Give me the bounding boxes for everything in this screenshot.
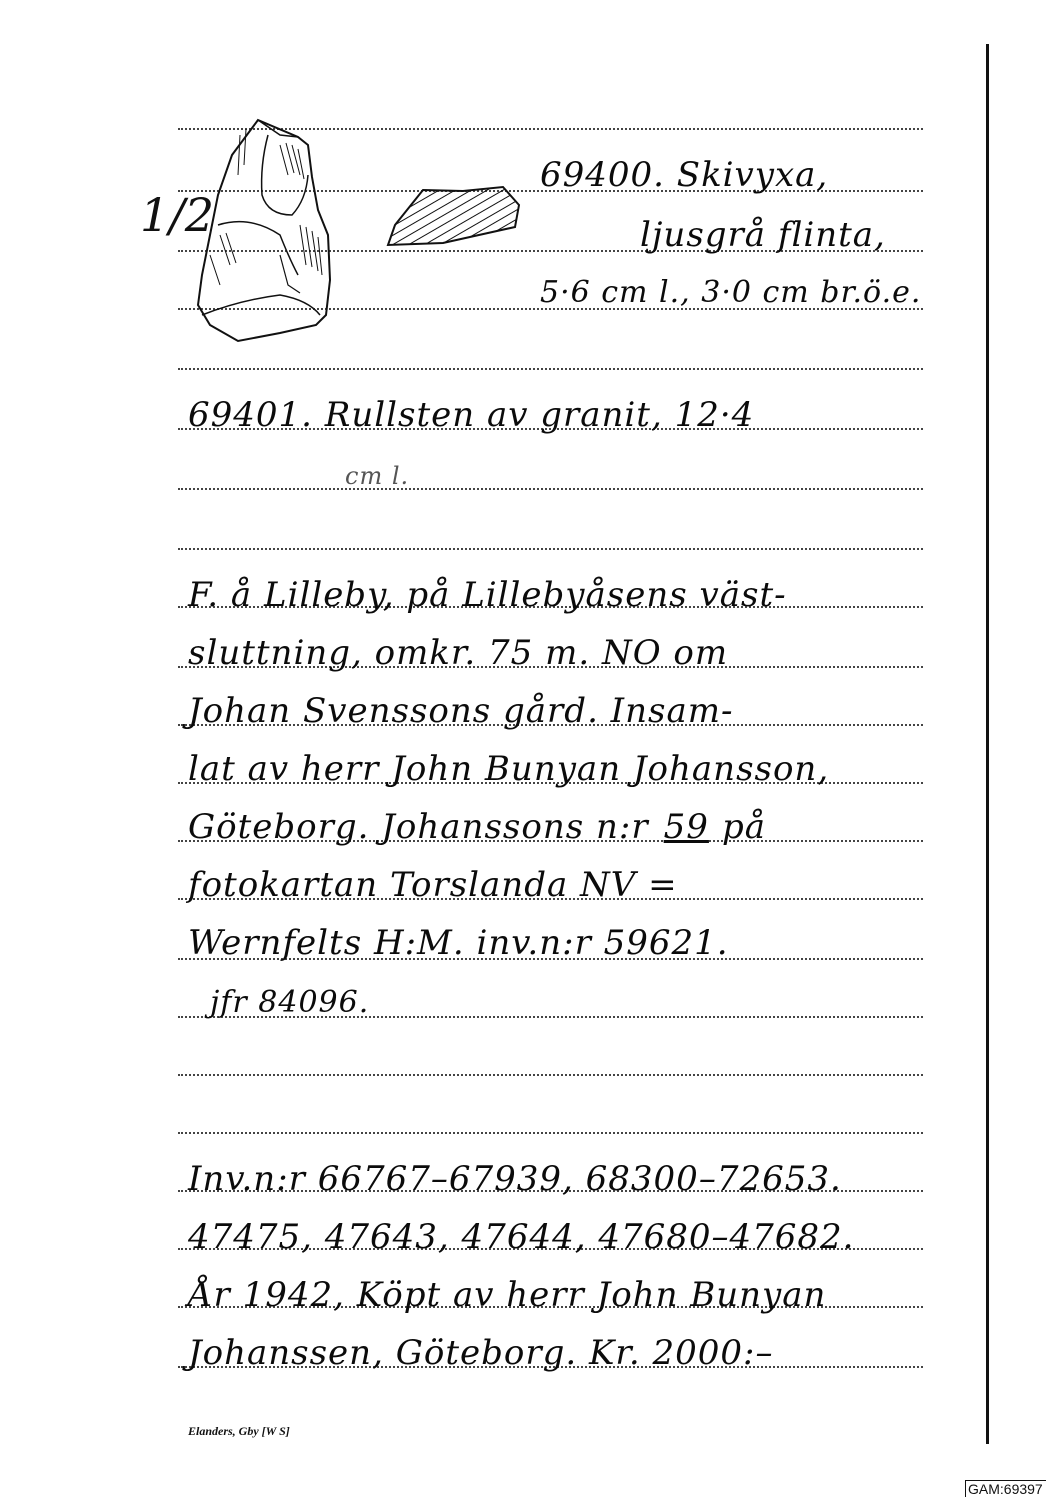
summary-line-2: 47475, 47643, 47644, 47680–47682. bbox=[188, 1220, 854, 1254]
ruled-line bbox=[178, 488, 923, 490]
provenance-line-5-text: Göteborg. Johanssons n:r bbox=[188, 807, 649, 847]
entry-69401-line-2: cm l. bbox=[345, 464, 409, 488]
cross-reference: jfr 84096. bbox=[210, 988, 369, 1018]
provenance-line-4: lat av herr John Bunyan Johansson, bbox=[188, 752, 829, 786]
cross-section-drawing bbox=[383, 185, 523, 260]
ruled-line bbox=[178, 548, 923, 550]
ruled-line bbox=[178, 368, 923, 370]
summary-line-1: Inv.n:r 66767–67939, 68300–72653. bbox=[188, 1162, 842, 1196]
entry-69401-line-1: 69401. Rullsten av granit, 12·4 bbox=[188, 398, 754, 432]
provenance-line-3: Johan Svenssons gård. Insam- bbox=[188, 694, 733, 728]
catalogue-page: 1/2 69400. Skivyxa, ljusgrå flinta, 5·6 … bbox=[0, 0, 1057, 1500]
ruled-line bbox=[178, 1074, 923, 1076]
entry-69400-line-1: 69400. Skivyxa, bbox=[540, 158, 828, 192]
provenance-line-7: Wernfelts H:M. inv.n:r 59621. bbox=[188, 926, 729, 960]
ruled-line bbox=[178, 1132, 923, 1134]
entry-69400-line-2: ljusgrå flinta, bbox=[640, 218, 886, 252]
flint-axe-drawing bbox=[180, 115, 350, 355]
provenance-line-2: sluttning, omkr. 75 m. NO om bbox=[188, 636, 728, 670]
provenance-line-5-suffix: på bbox=[722, 807, 766, 847]
archive-id-label: GAM:69397 bbox=[965, 1480, 1046, 1497]
summary-line-4: Johanssen, Göteborg. Kr. 2000:– bbox=[188, 1336, 774, 1370]
summary-line-3: År 1942, Köpt av herr John Bunyan bbox=[188, 1278, 826, 1312]
provenance-line-1: F. å Lilleby, på Lillebyåsens väst- bbox=[188, 578, 787, 612]
provenance-line-6: fotokartan Torslanda NV = bbox=[188, 868, 678, 902]
printer-imprint: Elanders, Gby [W S] bbox=[188, 1424, 290, 1439]
right-margin-line bbox=[986, 44, 989, 1444]
provenance-line-5: Göteborg. Johanssons n:r 59 på bbox=[188, 810, 766, 844]
map-number: 59 bbox=[664, 807, 709, 847]
entry-69400-line-3: 5·6 cm l., 3·0 cm br.ö.e. bbox=[540, 278, 921, 308]
